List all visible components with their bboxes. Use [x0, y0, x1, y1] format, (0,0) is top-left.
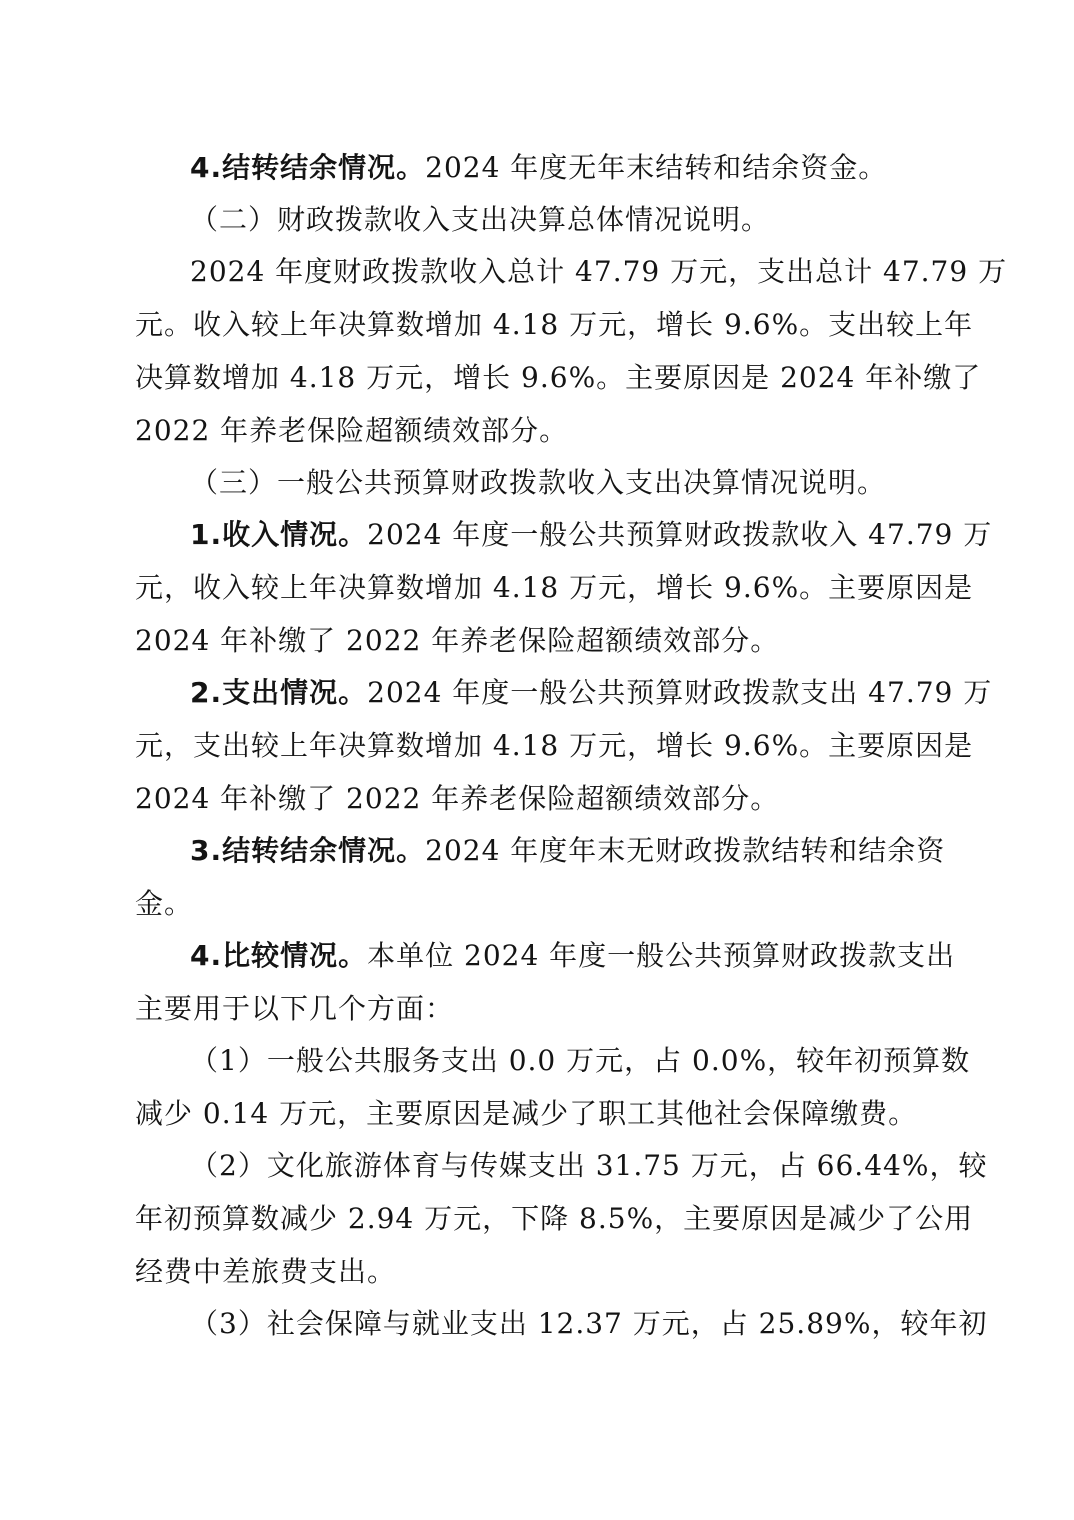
list-item-2: （2）文化旅游体育与传媒支出 31.75 万元，占 66.44%，较 — [190, 1146, 935, 1186]
paragraph-line: 元。收入较上年决算数增加 4.18 万元，增长 9.6%。支出较上年 — [135, 305, 935, 345]
list-item-3: （3）社会保障与就业支出 12.37 万元，占 25.89%，较年初 — [190, 1304, 935, 1344]
paragraph-line: 2024 年度财政拨款收入总计 47.79 万元，支出总计 47.79 万 — [190, 252, 935, 292]
heading-inline: 2.支出情况。 — [190, 676, 367, 709]
paragraph-text: 本单位 2024 年度一般公共预算财政拨款支出 — [367, 939, 955, 972]
paragraph-line: 2022 年养老保险超额绩效部分。 — [135, 411, 935, 451]
paragraph-line: 元，支出较上年决算数增加 4.18 万元，增长 9.6%。主要原因是 — [135, 726, 935, 766]
heading-inline: 3.结转结余情况。 — [190, 834, 425, 867]
paragraph-expenditure: 2.支出情况。2024 年度一般公共预算财政拨款支出 47.79 万 — [190, 673, 935, 713]
paragraph-line: 主要用于以下几个方面： — [135, 989, 935, 1029]
paragraph-comparison: 4.比较情况。本单位 2024 年度一般公共预算财政拨款支出 — [190, 936, 935, 976]
document-page: 4.结转结余情况。2024 年度无年末结转和结余资金。 （二）财政拨款收入支出决… — [0, 0, 1074, 1520]
paragraph-line: 减少 0.14 万元，主要原因是减少了职工其他社会保障缴费。 — [135, 1094, 935, 1134]
paragraph-line: 经费中差旅费支出。 — [135, 1252, 935, 1292]
paragraph-line: 金。 — [135, 884, 935, 924]
paragraph-text: 2024 年度年末无财政拨款结转和结余资 — [425, 834, 945, 867]
section-heading-3: （三）一般公共预算财政拨款收入支出决算情况说明。 — [190, 463, 935, 503]
paragraph-line: 年初预算数减少 2.94 万元，下降 8.5%，主要原因是减少了公用 — [135, 1199, 935, 1239]
heading-inline: 1.收入情况。 — [190, 518, 367, 551]
paragraph-text: 2024 年度一般公共预算财政拨款收入 47.79 万 — [367, 518, 992, 551]
paragraph-line: 元，收入较上年决算数增加 4.18 万元，增长 9.6%。主要原因是 — [135, 568, 935, 608]
paragraph-income: 1.收入情况。2024 年度一般公共预算财政拨款收入 47.79 万 — [190, 515, 935, 555]
paragraph-line: 2024 年补缴了 2022 年养老保险超额绩效部分。 — [135, 779, 935, 819]
section-heading-2: （二）财政拨款收入支出决算总体情况说明。 — [190, 200, 935, 240]
paragraph-text: 2024 年度一般公共预算财政拨款支出 47.79 万 — [367, 676, 992, 709]
heading-inline: 4.比较情况。 — [190, 939, 367, 972]
paragraph-carryover: 3.结转结余情况。2024 年度年末无财政拨款结转和结余资 — [190, 831, 935, 871]
paragraph-line: 2024 年补缴了 2022 年养老保险超额绩效部分。 — [135, 621, 935, 661]
paragraph-line: 决算数增加 4.18 万元，增长 9.6%。主要原因是 2024 年补缴了 — [135, 358, 935, 398]
paragraph-carryover-balance: 4.结转结余情况。2024 年度无年末结转和结余资金。 — [190, 148, 935, 188]
heading-inline: 4.结转结余情况。 — [190, 151, 425, 184]
paragraph-text: 2024 年度无年末结转和结余资金。 — [425, 151, 887, 184]
list-item-1: （1）一般公共服务支出 0.0 万元，占 0.0%，较年初预算数 — [190, 1041, 935, 1081]
